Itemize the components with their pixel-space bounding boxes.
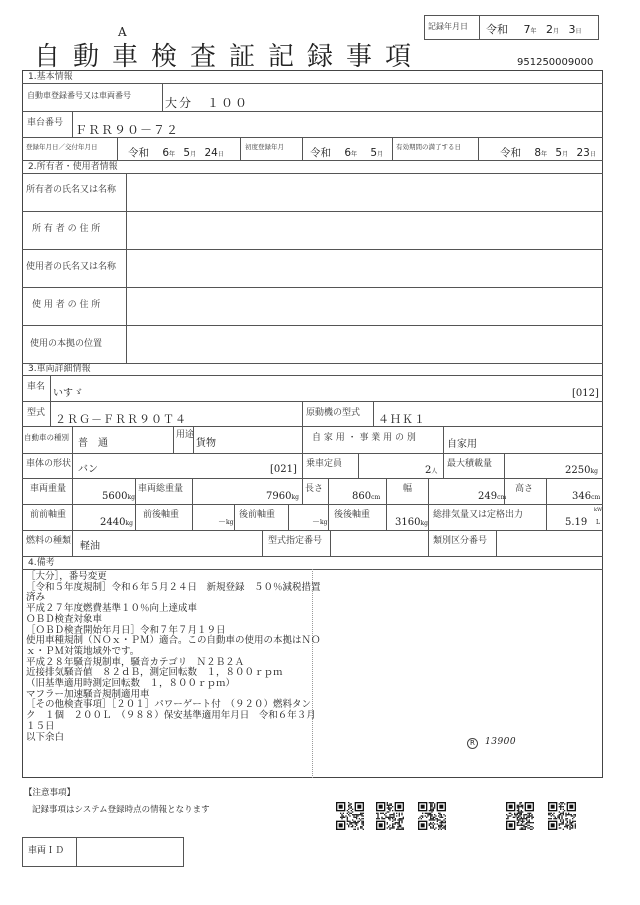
handwritten-note: 13900 [485,738,516,747]
handwritten-stamp: R [467,738,478,749]
vehicle-name: いすゞ [53,389,83,399]
first-registration: 令和 6年 5月 [310,148,383,159]
qr-code-icon [506,802,534,830]
remark-line: ＯＢＤ検査対象車 [26,615,316,626]
rear-rear-axle: 3160kg [395,518,428,528]
remark-line: ク １個 ２００Ｌ （９８８）保安基準適用年月日 令和６年３月 [26,711,316,722]
record-date-label: 記録年月日 [428,23,468,31]
rear-front-axle: －kg [312,518,327,526]
expiry-date-label: 有効期間の満了する日 [396,144,461,151]
user-address-label: 使 用 者 の 住 所 [32,301,100,310]
vehicle-id-label: 車両ＩＤ [28,847,64,856]
qr-code-icon [548,802,576,830]
body-shape: バン [78,465,98,475]
gross-weight-label: 車両総重量 [138,485,183,494]
vehicle-name-label: 車名 [27,383,45,392]
body-shape-label: 車体の形状 [26,460,71,469]
registration-number-label: 自動車登録番号又は車両番号 [27,92,131,100]
registration-date: 令和 6年 5月 24日 [128,148,224,159]
remark-line: １５日 [26,722,316,733]
remarks-list: ［大分］，番号変更［令和５年度規制］令和６年５月２４日 新規登録 ５０％減税措置… [26,572,316,743]
displacement: 5.19 [565,518,587,528]
record-date-value: 令和 7年 2月 3日 [486,24,582,35]
engine-model-label: 原動機の型式 [306,409,360,418]
max-load: 2250kg [565,466,598,476]
user-name-label: 使用者の氏名又は名称 [26,263,116,272]
section4-title: 4.備考 [28,559,55,568]
gross-weight: 7960kg [266,492,299,502]
displacement-unit-l: L [596,520,600,526]
length-label: 長さ [305,485,323,494]
notice-text: 記録事項はシステム登録時点の情報となります [32,806,210,815]
displacement-unit-kw: kW [594,508,602,513]
expiry-date: 令和 8年 5月 23日 [500,148,596,159]
front-rear-axle-label: 前後軸重 [143,511,179,520]
usage: 貨物 [196,439,216,449]
model: ２ＲＧ－ＦＲＲ９０Ｔ４ [55,414,187,425]
section1-title: 1.基本情報 [28,73,73,82]
vehicle-id-box: 車両ＩＤ [22,837,184,867]
engine-model: ４ＨＫ１ [378,414,426,425]
width-label: 幅 [403,485,412,494]
vehicle-name-code: [012] [572,389,599,399]
max-load-label: 最大積載量 [447,460,492,469]
marker-letter: A [118,26,127,38]
section3-title: 3.車両詳細情報 [28,365,91,374]
capacity: 2人 [425,466,437,476]
rear-front-axle-label: 後前軸重 [239,511,275,520]
private-business-label: 自 家 用 ・ 事 業 用 の 別 [312,434,416,443]
registration-number: 大分 １００ [165,97,249,109]
height: 346cm [572,492,600,502]
front-rear-axle: －kg [218,518,233,526]
page-title: 自動車検査証記録事項 [34,44,424,70]
vehicle-weight-label: 車両重量 [30,485,66,494]
capacity-label: 乗車定員 [306,460,342,469]
owner-address-label: 所 有 者 の 住 所 [32,225,100,234]
body-shape-code: [021] [270,465,297,475]
front-front-axle: 2440kg [100,518,133,528]
section2-title: 2.所有者・使用者情報 [28,163,118,172]
qr-code-icon [376,802,404,830]
vehicle-type-label: 自動車の種別 [24,434,69,442]
chassis-number: ＦＲＲ９０－７２ [75,124,179,136]
remark-line: ［令和５年度規制］令和６年５月２４日 新規登録 ５０％減税措置 [26,583,316,594]
registration-date-label: 登録年月日／交付年月日 [26,144,98,151]
fuel: 軽油 [80,542,100,552]
model-label: 型式 [27,409,45,418]
rear-rear-axle-label: 後後軸重 [334,511,370,520]
qr-code-icon [418,802,446,830]
first-registration-label: 初度登録年月 [245,144,284,151]
length: 860cm [352,492,380,502]
usage-label: 用途 [176,431,194,440]
document-number: 951250009000 [517,58,593,68]
width: 249cm [478,492,506,502]
vehicle-weight: 5600kg [102,492,135,502]
base-location-label: 使用の本拠の位置 [30,340,102,349]
remark-line: 以下余白 [26,733,316,744]
owner-name-label: 所有者の氏名又は名称 [26,186,116,195]
height-label: 高さ [515,485,533,494]
notice-title: 【注意事項】 [24,789,75,798]
vehicle-type: 普 通 [78,439,108,449]
qr-code-icon [336,802,364,830]
chassis-number-label: 車台番号 [27,119,63,128]
displacement-label: 総排気量又は定格出力 [433,511,523,520]
fuel-label: 燃料の種類 [26,537,71,546]
private-business: 自家用 [447,440,477,450]
record-date-box: 記録年月日 令和 7年 2月 3日 [424,15,599,40]
category-label: 類別区分番号 [433,537,487,546]
type-designation-label: 型式指定番号 [268,537,322,546]
front-front-axle-label: 前前軸重 [30,511,66,520]
